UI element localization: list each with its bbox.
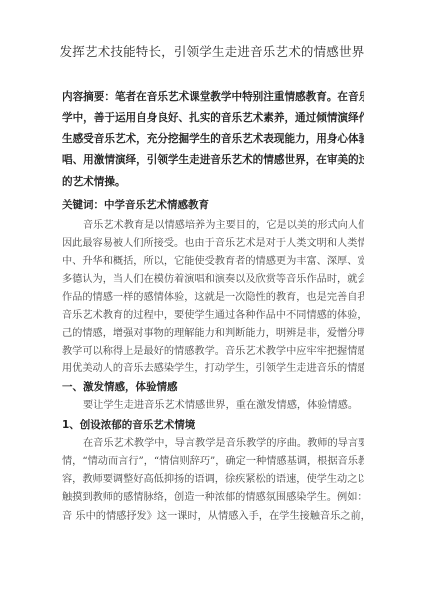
- abstract-line: 的艺术情操。: [62, 175, 364, 189]
- abstract-line: 唱、用激情演绎，引领学生走进音乐艺术的情感世界，在审美的过程中提高学生: [62, 153, 364, 167]
- paragraph-line: 音乐艺术教育是以情感培养为主要目的，它是以美的形式向人们传递情感，: [62, 219, 364, 233]
- paragraph-line: 要让学生走进音乐艺术情感世界，重在激发情感，体验情感。: [62, 399, 364, 413]
- abstract-line: 学中，善于运用自身良好、扎实的音乐艺术素养，通过倾情演绎作品，引领学: [62, 111, 364, 125]
- paragraph-line: 因此最容易被人们所接受。也由于音乐艺术是对于人类文明和人类情感的高度集: [62, 237, 364, 251]
- paragraph-line: 教学可以称得上是最好的情感教学。音乐艺术教学中应牢牢把握情感这条主线，: [62, 345, 364, 359]
- paragraph-line: 容，教师要调整好高低抑扬的语调，徐疾紧松的语速，使学生动之以情，让学生: [62, 473, 364, 487]
- paragraph-line: 情，“情动而言行”，“情信则辞巧”，确定一种情感基调，根据音乐教材的内: [62, 455, 364, 469]
- document-page: 发挥艺术技能特长，引领学生走进音乐艺术的情感世界 内容摘要：笔者在音乐艺术课堂教…: [0, 0, 424, 600]
- subsection-heading: 1、创设浓郁的音乐艺术情境: [62, 418, 364, 432]
- paragraph-line: 中、升华和概括，所以，它能使受教育者的情感更为丰富、深厚、宽泛。亚里士: [62, 255, 364, 269]
- keywords: 关键词：中学音乐艺术情感教育: [62, 198, 364, 212]
- abstract-line: 生感受音乐艺术，充分挖掘学生的音乐艺术表现能力，用身心体验，用情感歌: [62, 132, 364, 146]
- section-heading: 一、激发情感，体验情感: [62, 380, 364, 394]
- document-title: 发挥艺术技能特长，引领学生走进音乐艺术的情感世界: [0, 42, 424, 60]
- paragraph-line: 在音乐艺术教学中，导言教学是音乐教学的序曲。教师的导言要传情，有感: [62, 437, 364, 451]
- paragraph-line: 音乐艺术教育的过程中，要使学生通过各种作品中不同情感的体验，不断丰富自: [62, 309, 364, 323]
- paragraph-line: 多德认为，当人们在模仿着演唱和演奏以及欣赏等音乐作品时，就会经历一次同: [62, 273, 364, 287]
- abstract-line: 内容摘要：笔者在音乐艺术课堂教学中特别注重情感教育。在音乐艺术课堂教: [62, 90, 364, 104]
- paragraph-line: 作品的情感一样的感情体验，这就是一次隐性的教育，也是完善自我的过程。在: [62, 291, 364, 305]
- paragraph-line: 触摸到教师的感情脉络，创造一种浓郁的情感氛围感染学生。例如：我在执教《: [62, 491, 364, 505]
- paragraph-line: 己的情感，增强对事物的理解能力和判断能力，明辨是非，爱憎分明。音乐艺术: [62, 327, 364, 341]
- paragraph-line: 音 乐中的情感抒发》这一课时，从情感入手，在学生接触音乐之前，就安排了一: [62, 510, 364, 524]
- paragraph-line: 用优美动人的音乐去感染学生，打动学生，引领学生走进音乐的情感世界。: [62, 362, 364, 376]
